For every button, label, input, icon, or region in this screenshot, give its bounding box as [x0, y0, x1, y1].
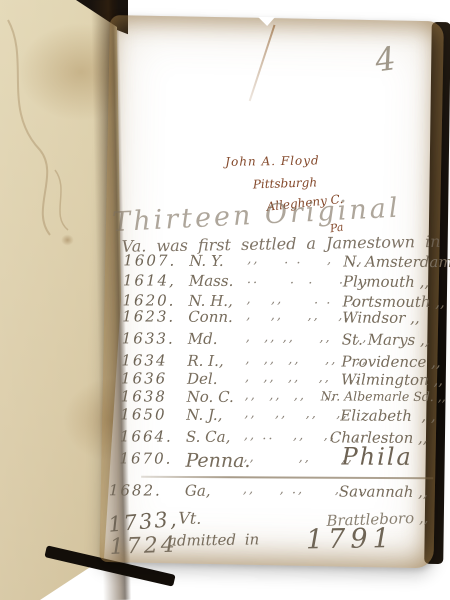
- ditto-marks: ,, ,, ,,: [243, 450, 353, 466]
- ditto-marks: , ,, ,, ,,: [246, 308, 350, 324]
- book-photo: 4 John A. Floyd Pittsburgh Allegheny C. …: [0, 0, 450, 600]
- year-cell: 1614,: [123, 271, 176, 289]
- list-title: Thirteen Original: [112, 193, 402, 239]
- year-cell: 1664.: [120, 427, 173, 445]
- place-cell: Providence ,,: [341, 353, 440, 372]
- place-cell: Elizabeth , ,: [340, 407, 435, 425]
- pencil-rule-line: [141, 476, 433, 480]
- state-cell: No. C.: [187, 388, 234, 406]
- state-cell: N. J.,: [186, 406, 222, 424]
- place-cell: Wilmington ,,: [341, 371, 443, 390]
- place-cell: Plymouth ,,: [343, 273, 429, 291]
- vermont-abbr: Vt.: [178, 508, 201, 527]
- place-cell: Nr. Albemarle Sd. ,,: [321, 388, 446, 404]
- ledger-row: 1670. Penna. ,, ,, ,, Phila: [101, 449, 435, 471]
- state-cell: Del.: [187, 370, 218, 388]
- ledger-row: 1650 N. J., ,, ,, ,, ,, Elizabeth , ,: [102, 405, 436, 427]
- state-cell: Penna.: [185, 450, 250, 472]
- year-cell: 1638: [121, 387, 167, 405]
- page-crease: [249, 25, 276, 102]
- year-cell: 1670.: [119, 449, 172, 467]
- state-cell: R. I.,: [187, 352, 223, 370]
- state-cell: Md.: [188, 330, 218, 348]
- admitted-note: admitted in: [168, 530, 260, 549]
- owner-name-inscription: John A. Floyd: [225, 153, 320, 168]
- ledger-row: 1633. Md. , ,, ,, ,, ,, St. Marys ,,: [104, 329, 438, 351]
- year-1724: 1724: [109, 533, 178, 560]
- place-cell: St. Marys ,,: [342, 331, 430, 349]
- state-cell: Mass.: [189, 272, 234, 290]
- state-cell: Conn.: [188, 308, 233, 326]
- year-cell: 1650: [120, 405, 166, 423]
- ledger-row: 1623. Conn. , ,, ,, ,, Windsor ,,: [104, 307, 438, 329]
- owner-city-inscription: Pittsburgh: [253, 175, 318, 191]
- ditto-marks: ,, ,, ,, ,,: [244, 406, 348, 422]
- place-cell: Windsor ,,: [342, 309, 420, 327]
- year-cell: 1634: [121, 351, 167, 369]
- ledger-row: 1682. Ga, ,, , ., , ,, Savannah ,,: [101, 481, 435, 503]
- year-cell: 1682.: [109, 481, 162, 499]
- year-cell: 1636: [121, 369, 167, 387]
- state-cell: Ga,: [185, 482, 211, 500]
- manuscript-page: 4 John A. Floyd Pittsburgh Allegheny C. …: [99, 15, 443, 568]
- year-1791: 1791: [306, 523, 395, 555]
- place-cell: N. Amsterdam ,,: [343, 253, 450, 272]
- state-cell: S. Ca,: [186, 428, 231, 446]
- place-cell: Phila: [341, 443, 412, 471]
- ledger-row: 1614, Mass. .. . . . ,, Plymouth ,,: [105, 271, 439, 293]
- year-cell: 1633.: [122, 329, 175, 347]
- page-number: 4: [373, 39, 398, 79]
- place-cell: Savannah ,,: [339, 482, 428, 500]
- year-cell: 1623.: [122, 307, 175, 325]
